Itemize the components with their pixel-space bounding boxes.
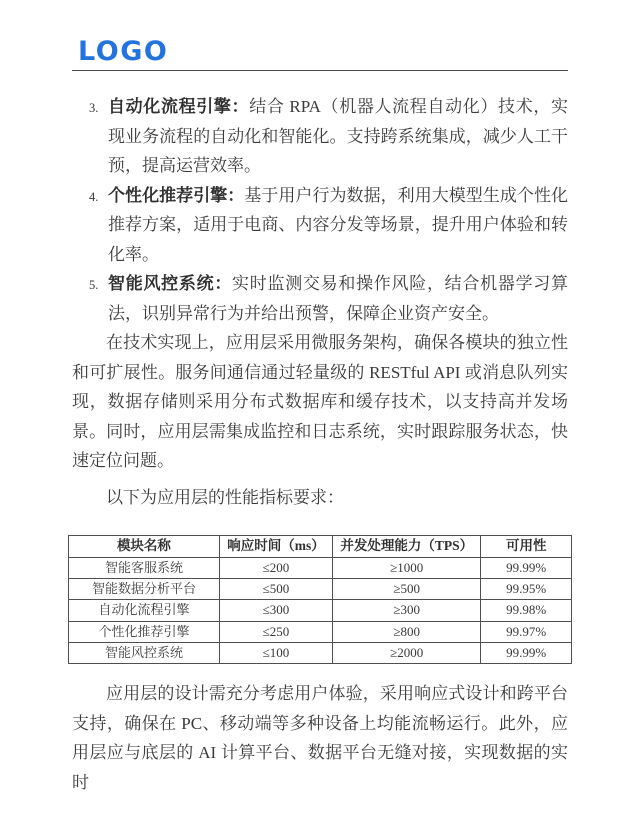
list-item-number: 3. xyxy=(89,94,98,124)
table-row: 智能风控系统 ≤100 ≥2000 99.99% xyxy=(69,642,572,663)
table-cell: 99.98% xyxy=(481,600,572,621)
list-item: 4.个性化推荐引擎：基于用户行为数据，利用大模型生成个性化推荐方案，适用于电商、… xyxy=(72,181,568,270)
table-cell: 99.97% xyxy=(481,621,572,642)
table-cell: 个性化推荐引擎 xyxy=(69,621,220,642)
table-row: 智能数据分析平台 ≤500 ≥500 99.95% xyxy=(69,579,572,600)
list-item: 5.智能风控系统：实时监测交易和操作风险，结合机器学习算法，识别异常行为并给出预… xyxy=(72,269,568,328)
table-cell: ≥1000 xyxy=(333,557,481,578)
paragraph-table-lead-in: 以下为应用层的性能指标要求： xyxy=(72,483,568,513)
table-header-availability: 可用性 xyxy=(481,536,572,558)
header-divider xyxy=(72,70,568,71)
table-row: 智能客服系统 ≤200 ≥1000 99.99% xyxy=(69,557,572,578)
table-cell: ≤500 xyxy=(219,579,332,600)
table-cell: ≤200 xyxy=(219,557,332,578)
table-header-response-time: 响应时间（ms） xyxy=(219,536,332,558)
table-cell: 99.99% xyxy=(481,642,572,663)
table-cell: 智能数据分析平台 xyxy=(69,579,220,600)
table-cell: ≥500 xyxy=(333,579,481,600)
logo: LOGO xyxy=(72,38,568,65)
list-item-title: 智能风控系统： xyxy=(108,274,232,293)
document-page: LOGO 3.自动化流程引擎：结合 RPA（机器人流程自动化）技术，实现业务流程… xyxy=(0,0,640,797)
table-cell: ≤300 xyxy=(219,600,332,621)
table-cell: 智能客服系统 xyxy=(69,557,220,578)
table-header-concurrency: 并发处理能力（TPS） xyxy=(333,536,481,558)
table-row: 自动化流程引擎 ≤300 ≥300 99.98% xyxy=(69,600,572,621)
list-item: 3.自动化流程引擎：结合 RPA（机器人流程自动化）技术，实现业务流程的自动化和… xyxy=(72,92,568,181)
paragraph-design-note: 应用层的设计需充分考虑用户体验，采用响应式设计和跨平台支持，确保在 PC、移动端… xyxy=(72,679,568,797)
table-cell: ≤100 xyxy=(219,642,332,663)
list-item-number: 5. xyxy=(89,271,98,301)
table-header-module: 模块名称 xyxy=(69,536,220,558)
table-row: 个性化推荐引擎 ≤250 ≥800 99.97% xyxy=(69,621,572,642)
table-cell: ≥300 xyxy=(333,600,481,621)
table-cell: 智能风控系统 xyxy=(69,642,220,663)
table-cell: ≥2000 xyxy=(333,642,481,663)
table-cell: ≤250 xyxy=(219,621,332,642)
table-cell: 99.99% xyxy=(481,557,572,578)
table-cell: 99.95% xyxy=(481,579,572,600)
paragraph-tech-implementation: 在技术实现上，应用层采用微服务架构，确保各模块的独立性和可扩展性。服务间通信通过… xyxy=(72,328,568,476)
document-content: 3.自动化流程引擎：结合 RPA（机器人流程自动化）技术，实现业务流程的自动化和… xyxy=(72,92,568,797)
list-item-number: 4. xyxy=(89,183,98,213)
numbered-list: 3.自动化流程引擎：结合 RPA（机器人流程自动化）技术，实现业务流程的自动化和… xyxy=(72,92,568,328)
table-cell: ≥800 xyxy=(333,621,481,642)
list-item-title: 个性化推荐引擎： xyxy=(108,186,244,205)
table-header-row: 模块名称 响应时间（ms） 并发处理能力（TPS） 可用性 xyxy=(69,536,572,558)
list-item-title: 自动化流程引擎： xyxy=(108,97,249,116)
performance-table: 模块名称 响应时间（ms） 并发处理能力（TPS） 可用性 智能客服系统 ≤20… xyxy=(68,535,572,664)
table-cell: 自动化流程引擎 xyxy=(69,600,220,621)
